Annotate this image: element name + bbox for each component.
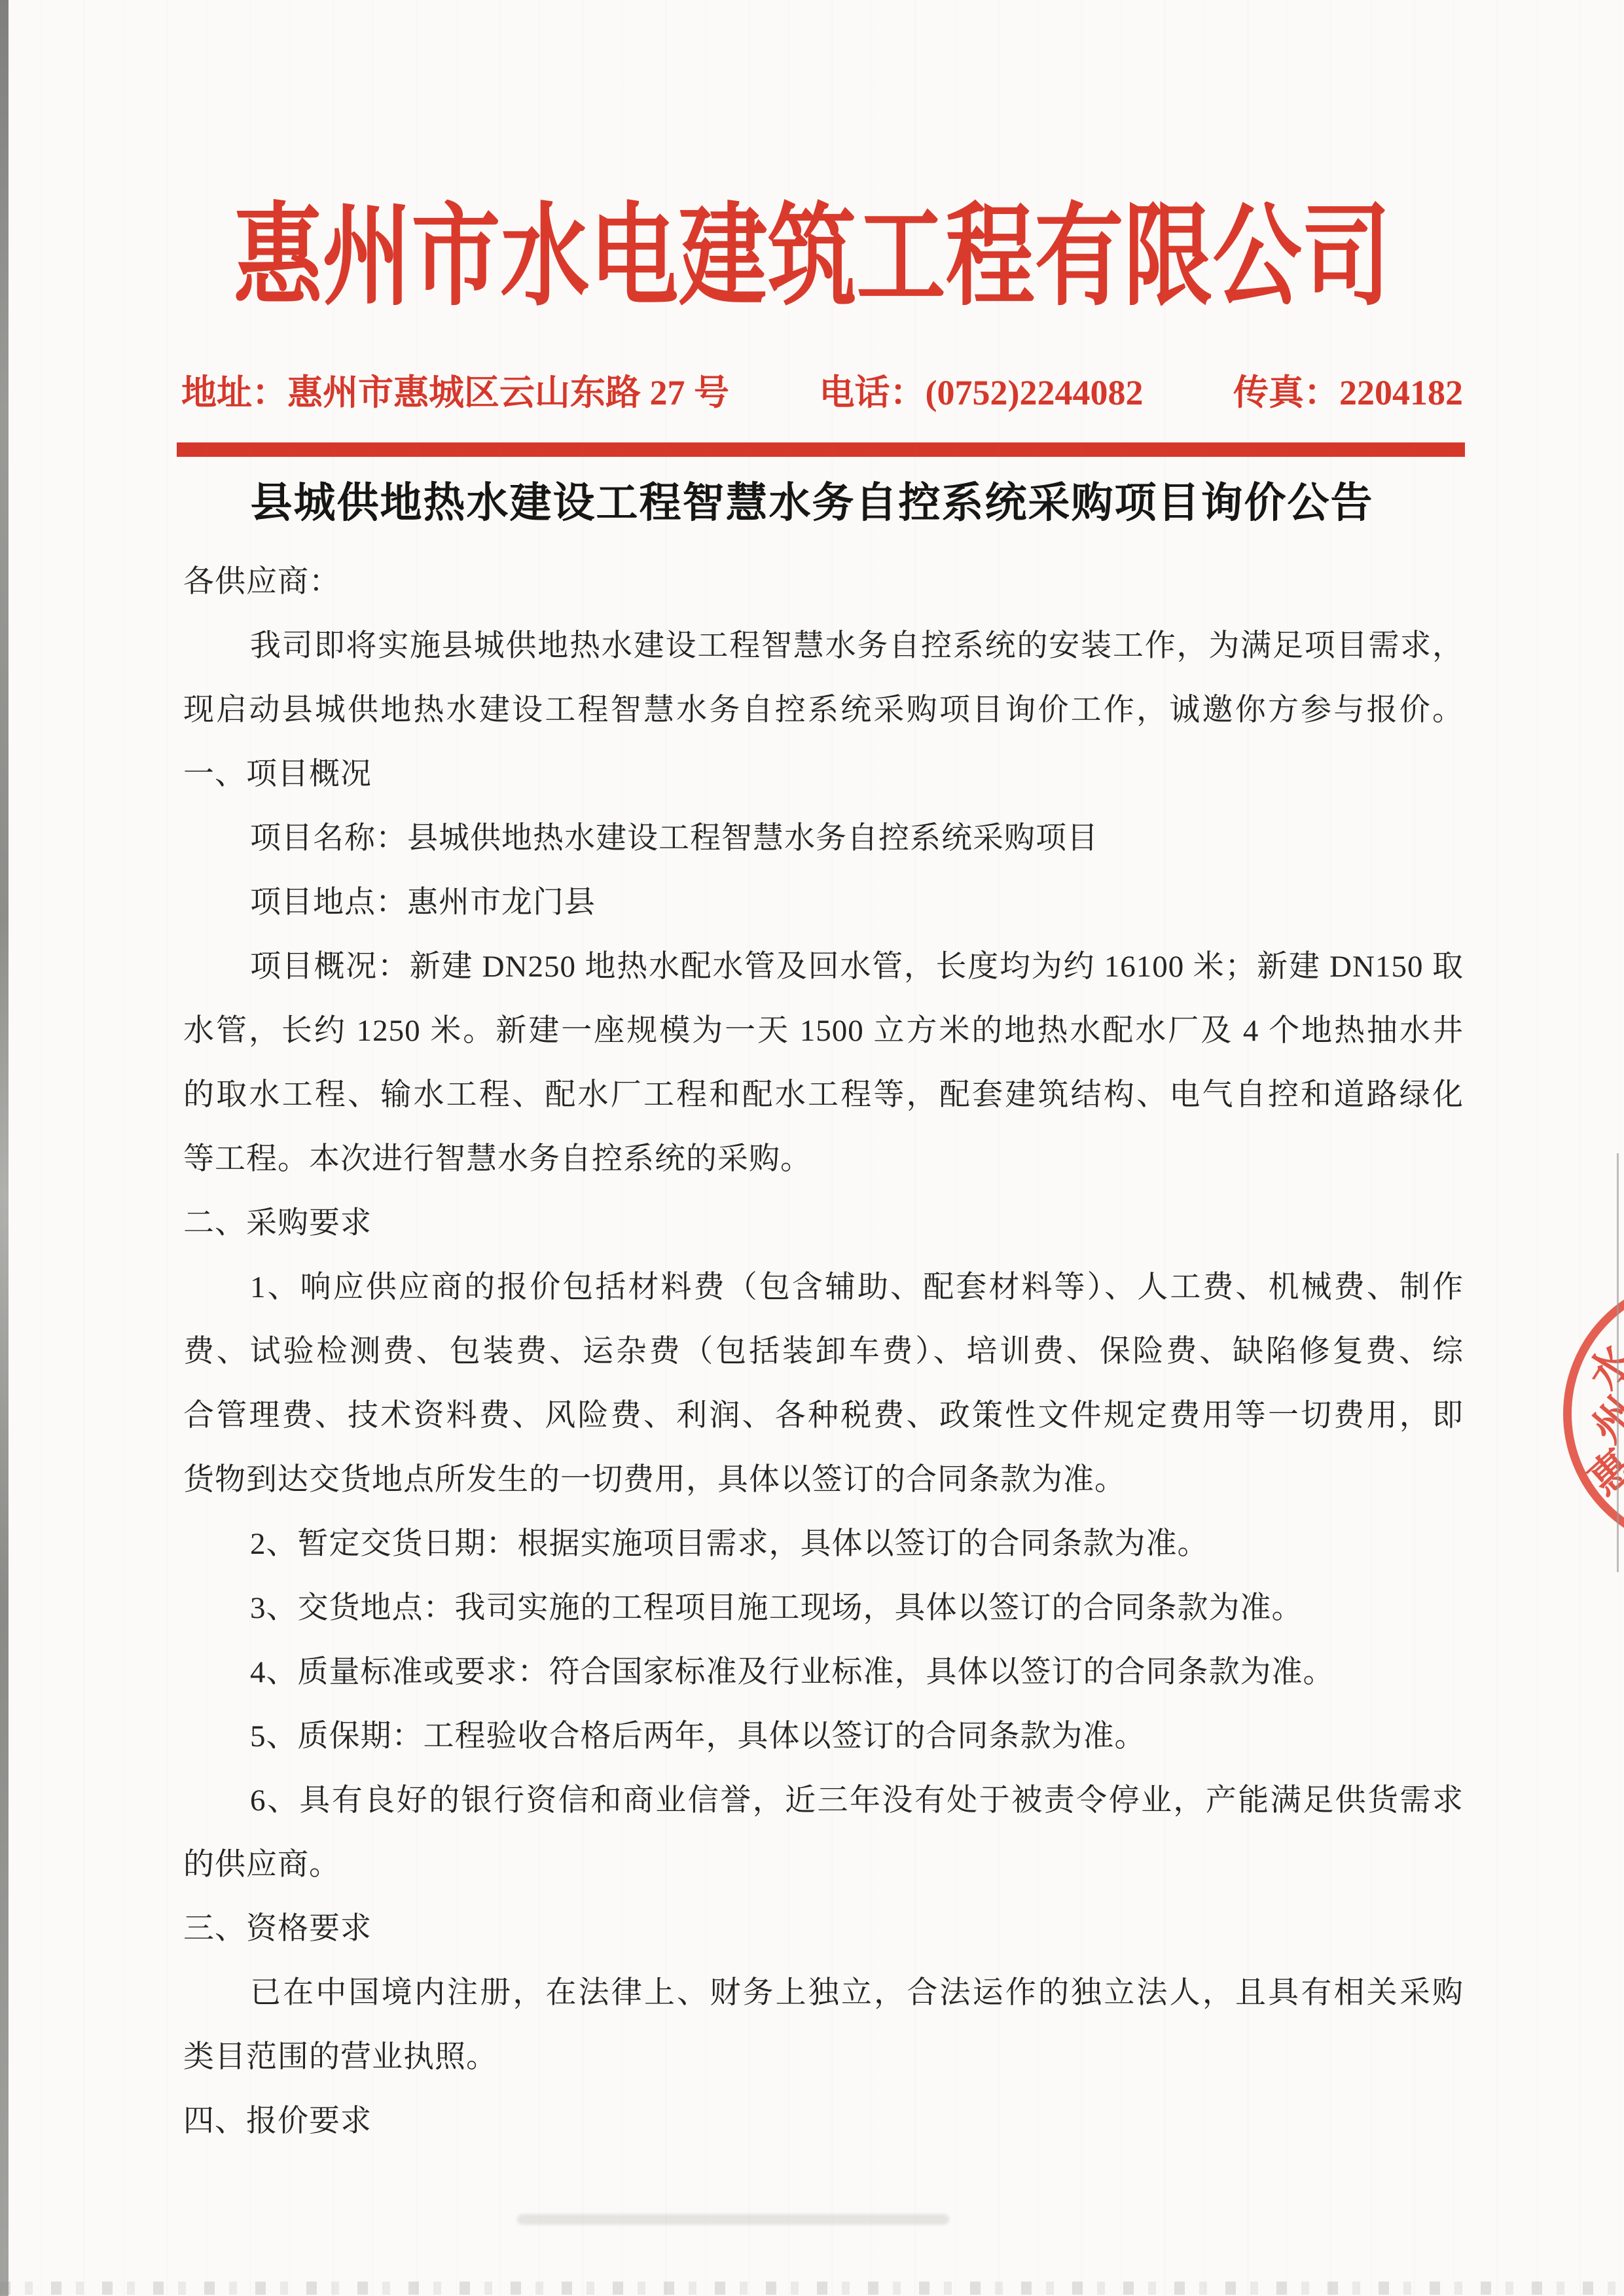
body-line: 4、质量标准或要求：符合国家标准及行业标准，具体以签订的合同条款为准。 [183,1640,1464,1704]
document-title: 县城供地热水建设工程智慧水务自控系统采购项目询价公告 [0,467,1624,539]
body-line: 的供应商。 [183,1833,1464,1897]
body-line: 现启动县城供地热水建设工程智慧水务自控系统采购项目询价工作，诚邀你方参与报价。 [183,678,1464,742]
body-line: 2、暂定交货日期：根据实施项目需求，具体以签订的合同条款为准。 [183,1512,1464,1576]
body-line: 项目地点：惠州市龙门县 [183,870,1464,935]
body-line: 5、质保期：工程验收合格后两年，具体以签订的合同条款为准。 [183,1704,1464,1768]
company-name-heading: 惠州市水电建筑工程有限公司 [0,155,1624,361]
scan-smudge-artifact [517,2214,949,2225]
letterhead-contact-row: 地址：惠州市惠城区云山东路 27 号 电话：(0752)2244082 传真：2… [181,357,1463,422]
body-line: 等工程。本次进行智慧水务自控系统的采购。 [183,1127,1464,1191]
body-line: 货物到达交货地点所发生的一切费用，具体以签订的合同条款为准。 [183,1448,1464,1512]
document-page: 惠州市水电建筑工程有限公司 地址：惠州市惠城区云山东路 27 号 电话：(075… [0,0,1624,2296]
company-phone: 电话：(0752)2244082 [820,365,1144,415]
body-line: 已在中国境内注册，在法律上、财务上独立，合法运作的独立法人，且具有相关采购 [183,1961,1464,2025]
body-line: 我司即将实施县城供地热水建设工程智慧水务自控系统的安装工作，为满足项目需求， [183,614,1464,678]
body-line: 合管理费、技术资料费、风险费、利润、各种税费、政策性文件规定费用等一切费用，即 [183,1384,1464,1448]
company-address: 地址：惠州市惠城区云山东路 27 号 [181,365,729,415]
company-fax: 传真：2204182 [1233,365,1463,415]
body-line: 费、试验检测费、包装费、运杂费（包括装卸车费）、培训费、保险费、缺陷修复费、综 [183,1319,1464,1384]
body-line: 1、响应供应商的报价包括材料费（包含辅助、配套材料等）、人工费、机械费、制作 [183,1255,1464,1319]
section-heading-2: 二、采购要求 [183,1191,1464,1255]
section-heading-4: 四、报价要求 [183,2089,1464,2153]
scan-line-artifact-right [1617,1153,1619,1572]
letterhead-divider-rule [177,442,1465,457]
body-line: 项目概况：新建 DN250 地热水配水管及回水管，长度均为约 16100 米；新… [183,935,1464,999]
document-body: 各供应商： 我司即将实施县城供地热水建设工程智慧水务自控系统的安装工作，为满足项… [183,550,1464,2153]
section-heading-1: 一、项目概况 [183,742,1464,806]
body-line: 类目范围的营业执照。 [183,2025,1464,2089]
body-line-salutation: 各供应商： [183,550,1464,614]
body-line: 3、交货地点：我司实施的工程项目施工现场，具体以签订的合同条款为准。 [183,1576,1464,1640]
body-line: 的取水工程、输水工程、配水厂工程和配水工程等，配套建筑结构、电气自控和道路绿化 [183,1063,1464,1127]
section-heading-3: 三、资格要求 [183,1897,1464,1961]
body-line: 水管，长约 1250 米。新建一座规模为一天 1500 立方米的地热水配水厂及 … [183,999,1464,1063]
scan-edge-artifact-bottom [0,2282,1624,2295]
body-line: 6、具有良好的银行资信和商业信誉，近三年没有处于被责令停业，产能满足供货需求 [183,1768,1464,1833]
body-line: 项目名称：县城供地热水建设工程智慧水务自控系统采购项目 [183,806,1464,870]
